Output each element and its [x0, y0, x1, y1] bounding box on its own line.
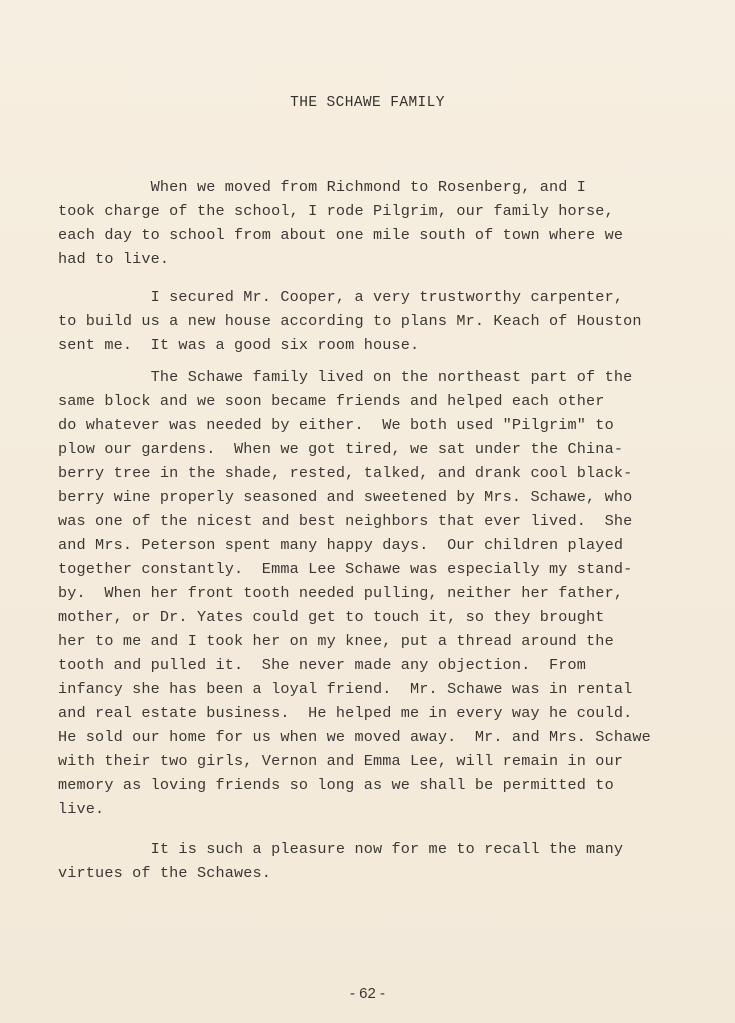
text-line: mother, or Dr. Yates could get to touch …	[58, 608, 605, 626]
text-line: memory as loving friends so long as we s…	[58, 776, 614, 794]
text-line: and real estate business. He helped me i…	[58, 704, 632, 722]
text-line: her to me and I took her on my knee, put…	[58, 632, 614, 650]
page-title: THE SCHAWE FAMILY	[0, 95, 735, 111]
text-line: tooth and pulled it. She never made any …	[58, 656, 586, 674]
text-line: virtues of the Schawes.	[58, 864, 271, 882]
text-line: It is such a pleasure now for me to reca…	[58, 840, 623, 858]
text-line: When we moved from Richmond to Rosenberg…	[58, 178, 586, 196]
text-line: was one of the nicest and best neighbors…	[58, 512, 632, 530]
text-line: plow our gardens. When we got tired, we …	[58, 440, 623, 458]
document-page: THE SCHAWE FAMILY When we moved from Ric…	[0, 0, 735, 1023]
text-line: sent me. It was a good six room house.	[58, 336, 419, 354]
text-line: infancy she has been a loyal friend. Mr.…	[58, 680, 632, 698]
text-line: took charge of the school, I rode Pilgri…	[58, 202, 614, 220]
text-line: berry tree in the shade, rested, talked,…	[58, 464, 632, 482]
text-line: together constantly. Emma Lee Schawe was…	[58, 560, 632, 578]
text-line: I secured Mr. Cooper, a very trustworthy…	[58, 288, 623, 306]
text-line: to build us a new house according to pla…	[58, 312, 642, 330]
text-line: had to live.	[58, 250, 169, 268]
bleed-through-text	[290, 62, 298, 76]
text-line: each day to school from about one mile s…	[58, 226, 623, 244]
page-number: - 62 -	[0, 985, 735, 1002]
text-line: and Mrs. Peterson spent many happy days.…	[58, 536, 623, 554]
text-line: same block and we soon became friends an…	[58, 392, 605, 410]
text-line: The Schawe family lived on the northeast…	[58, 368, 632, 386]
text-line: with their two girls, Vernon and Emma Le…	[58, 752, 623, 770]
text-line: do whatever was needed by either. We bot…	[58, 416, 614, 434]
text-line: live.	[58, 800, 104, 818]
text-line: by. When her front tooth needed pulling,…	[58, 584, 623, 602]
text-line: berry wine properly seasoned and sweeten…	[58, 488, 632, 506]
text-line: He sold our home for us when we moved aw…	[58, 728, 651, 746]
